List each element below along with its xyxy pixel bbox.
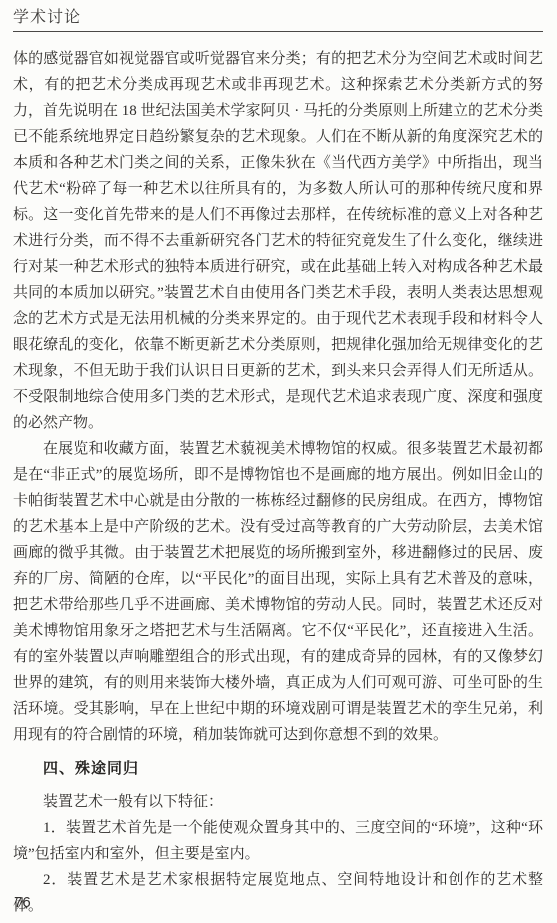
paragraph-intro: 装置艺术一般有以下特征： bbox=[13, 789, 543, 815]
section-heading: 四、殊途同归 bbox=[13, 759, 543, 779]
list-item-2: 2．装置艺术是艺术家根据特定展览地点、空间特地设计和创作的艺术整体。 bbox=[13, 867, 543, 919]
paragraph-continuation: 体的感觉器官如视觉器官或听觉器官来分类；有的把艺术分为空间艺术或时间艺术，有的把… bbox=[13, 46, 543, 436]
article-body: 体的感觉器官如视觉器官或听觉器官来分类；有的把艺术分为空间艺术或时间艺术，有的把… bbox=[13, 46, 543, 919]
page-header: 学术讨论 bbox=[13, 4, 543, 32]
document-page: 学术讨论 体的感觉器官如视觉器官或听觉器官来分类；有的把艺术分为空间艺术或时间艺… bbox=[0, 0, 557, 923]
paragraph: 在展览和收藏方面，装置艺术藐视美术博物馆的权威。很多装置艺术最初都是在“非正式”… bbox=[13, 436, 543, 748]
list-item-1: 1．装置艺术首先是一个能使观众置身其中的、三度空间的“环境”，这种“环境”包括室… bbox=[13, 815, 543, 867]
running-head-title: 学术讨论 bbox=[13, 9, 81, 26]
page-number: 76 bbox=[14, 894, 31, 911]
